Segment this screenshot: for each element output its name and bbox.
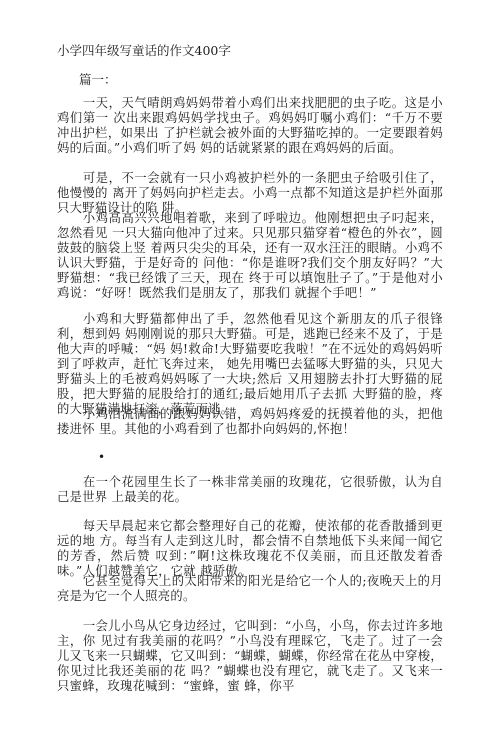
paragraph-6: 在一个花园里生长了一株非常美丽的玫瑰花，它很骄傲，认为自己是世界 上最美的花。 — [57, 475, 443, 505]
section-label: 篇一： — [79, 72, 117, 87]
paragraph-9: 一会儿小鸟从它身边经过，它叫到：“小鸟，小鸟，你去过许多地主，你 见过有我美丽的… — [57, 619, 443, 694]
paragraph-3: 小鸡高高兴兴地唱着歌，来到了呼啦边。他刚想把虫子叼起来，忽然看见 一只大猫向他冲… — [57, 211, 443, 301]
paragraph-1: 一天，天气晴朗鸡妈妈带着小鸡们出来找肥肥的虫子吃。这是小鸡们第一 次出来跟鸡妈妈… — [57, 96, 443, 156]
paragraph-2: 可是，不一会就有一只小鸡被护栏外的一条肥虫子给吸引住了，他慢慢的 离开了妈妈向护… — [57, 171, 443, 216]
paragraph-5: 小鸡泪流满面的跟妈妈认错，鸡妈妈疼爱的抚摸着他的头，把他搂进怀 里。其他的小鸡看… — [57, 407, 443, 437]
paragraph-7: 每天早晨起来它都会整理好自己的花瓣，使浓郁的花香散播到更远的地 方。每当有人走到… — [57, 519, 443, 579]
paragraph-8: 它甚至觉得天上的太阳带来的阳光是给它一个人的;夜晚天上的月亮是为它一个人照亮的。 — [57, 574, 443, 604]
paragraph-4: 小鸡和大野猫都伸出了手，忽然他看见这个新朋友的爪子很锋利，想到妈 妈刚刚说的那只… — [57, 312, 443, 417]
bullet-separator: • — [98, 450, 105, 465]
document-title: 小学四年级写童话的作文400字 — [57, 43, 231, 58]
